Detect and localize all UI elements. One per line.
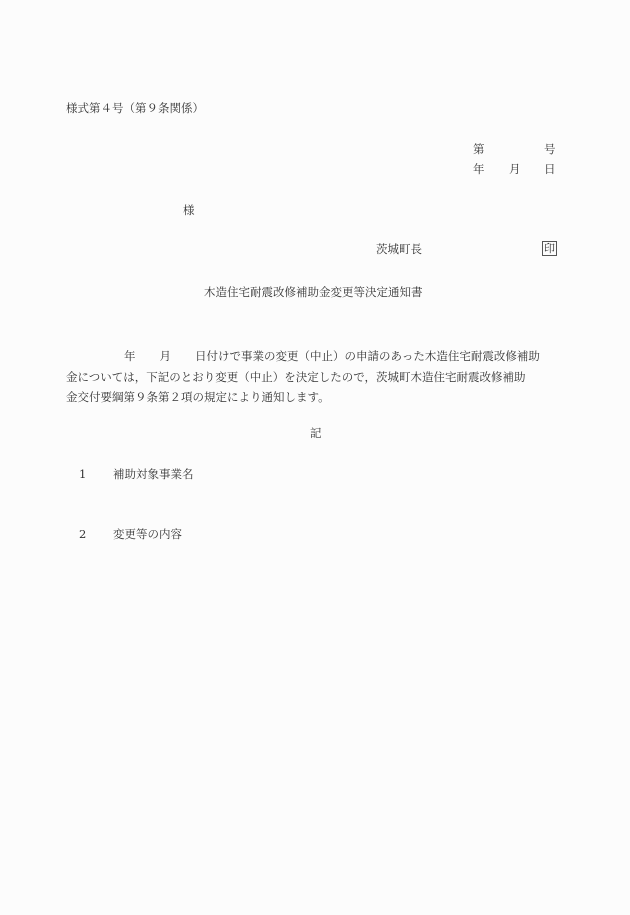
- item-2: 2変更等の内容: [66, 529, 182, 541]
- body-line-2: 金については，下記のとおり変更（中止）を決定したので，茨城町木造住宅耐震改修補助: [66, 367, 558, 388]
- doc-number-suffix: 号: [544, 144, 556, 156]
- ki-heading: 記: [310, 428, 322, 440]
- item-1-number: 1: [66, 469, 101, 481]
- document-title: 木造住宅耐震改修補助金変更等決定通知書: [204, 287, 423, 299]
- body-paragraph: 年月日付けで事業の変更（中止）の申請のあった木造住宅耐震改修補助 金については，…: [66, 346, 558, 408]
- date-year-label: 年: [473, 164, 485, 176]
- date-day-label: 日: [544, 164, 556, 176]
- body-line-1: 年月日付けで事業の変更（中止）の申請のあった木造住宅耐震改修補助: [66, 346, 558, 367]
- addressee-honorific: 様: [183, 205, 195, 217]
- item-1: 1補助対象事業名: [66, 469, 194, 481]
- item-1-label: 補助対象事業名: [113, 467, 194, 481]
- item-2-label: 変更等の内容: [113, 527, 182, 541]
- seal-mark: 印: [542, 241, 557, 256]
- form-number: 様式第４号（第９条関係）: [66, 103, 204, 115]
- doc-number-prefix: 第: [473, 144, 485, 156]
- date-month-label: 月: [509, 164, 521, 176]
- body-month-label: 月: [160, 349, 172, 363]
- item-2-number: 2: [66, 529, 101, 541]
- body-year-label: 年: [124, 349, 136, 363]
- body-line-3: 金交付要綱第９条第２項の規定により通知します。: [66, 387, 558, 408]
- body-line-1-text: 日付けで事業の変更（中止）の申請のあった木造住宅耐震改修補助: [195, 349, 540, 363]
- sender-name: 茨城町長: [376, 244, 422, 256]
